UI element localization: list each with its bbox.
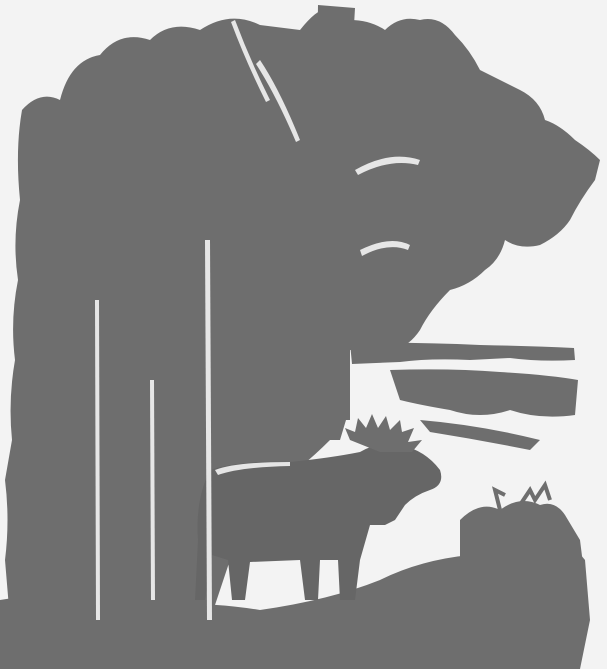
moose-forest-illustration [0,0,607,669]
